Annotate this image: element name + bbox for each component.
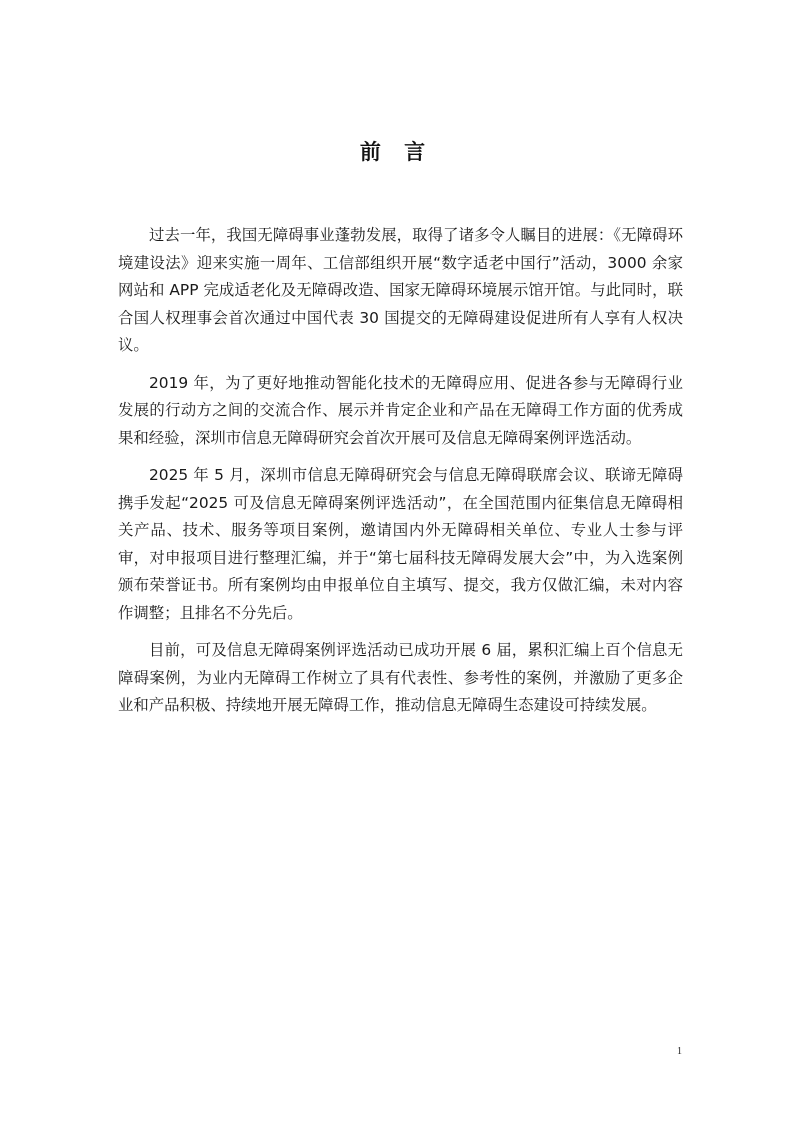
page-title: 前 言 — [0, 136, 793, 166]
paragraph-1: 过去一年，我国无障碍事业蓬勃发展，取得了诸多令人瞩目的进展：《无障碍环境建设法》… — [118, 222, 683, 360]
page-number: 1 — [677, 1046, 682, 1057]
document-body: 过去一年，我国无障碍事业蓬勃发展，取得了诸多令人瞩目的进展：《无障碍环境建设法》… — [118, 222, 683, 730]
paragraph-4: 目前，可及信息无障碍案例评选活动已成功开展 6 届，累积汇编上百个信息无障碍案例… — [118, 637, 683, 720]
paragraph-2: 2019 年，为了更好地推动智能化技术的无障碍应用、促进各参与无障碍行业发展的行… — [118, 370, 683, 453]
paragraph-3: 2025 年 5 月，深圳市信息无障碍研究会与信息无障碍联席会议、联谛无障碍携手… — [118, 462, 683, 627]
